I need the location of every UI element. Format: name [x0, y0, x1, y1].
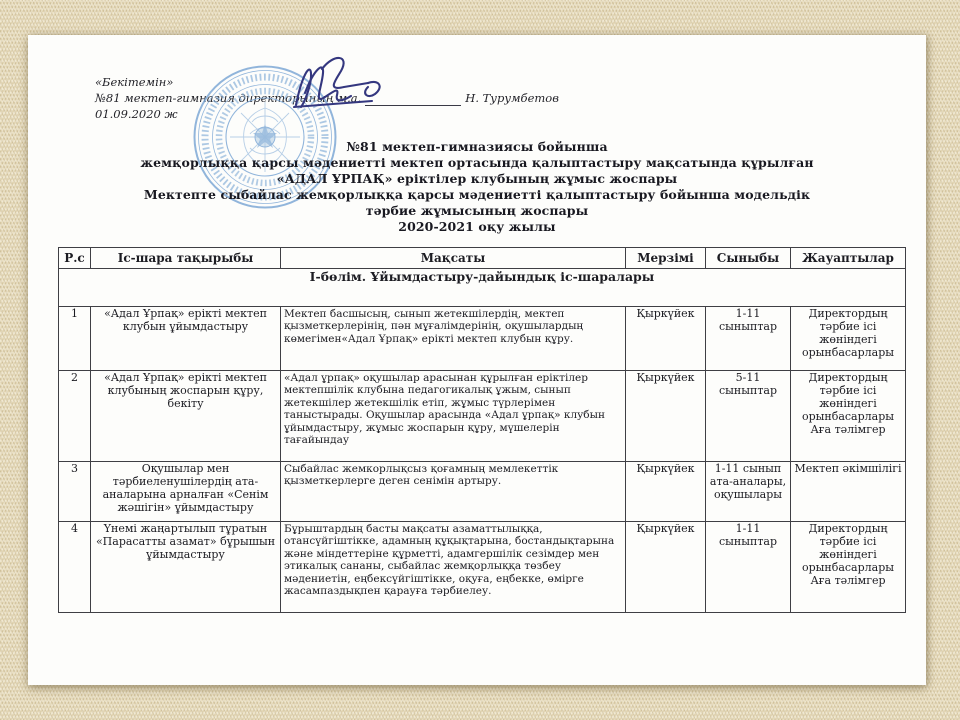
- col-header-term: Мерзімі: [626, 248, 706, 269]
- title-line-4: Мектепте сыбайлас жемқорлыққа қарсы мәде…: [28, 187, 926, 203]
- title-line-5: тәрбие жұмысының жоспары: [28, 203, 926, 219]
- plan-table: Р.с Іс-шара тақырыбы Мақсаты Мерзімі Сын…: [58, 247, 906, 613]
- row-topic: Оқушылар мен тәрбиеленушілердің ата-анал…: [91, 462, 281, 522]
- signature-icon: [280, 55, 420, 123]
- row-grade: 1-11 сынып ата-аналары, оқушылары: [706, 462, 791, 522]
- table-row: 1 «Адал Ұрпақ» ерікті мектеп клубын ұйым…: [59, 307, 906, 371]
- row-topic: «Адал Ұрпақ» ерікті мектеп клубының жосп…: [91, 371, 281, 462]
- row-number: 3: [59, 462, 91, 522]
- row-responsible: Директордың тәрбие ісі жөніндегі орынбас…: [791, 307, 906, 371]
- title-line-6: 2020-2021 оқу жылы: [28, 219, 926, 235]
- row-goal: Сыбайлас жемкорлықсыз қоғамның мемлекетт…: [281, 462, 626, 522]
- row-topic: Үнемі жаңартылып тұратын «Парасатты азам…: [91, 522, 281, 613]
- title-line-1: №81 мектеп-гимназиясы бойынша: [28, 139, 926, 155]
- table-header-row: Р.с Іс-шара тақырыбы Мақсаты Мерзімі Сын…: [59, 248, 906, 269]
- row-grade: 1-11 сыныптар: [706, 522, 791, 613]
- row-goal: Мектеп басшысың, сынып жетекшілердің, ме…: [281, 307, 626, 371]
- row-grade: 1-11 сыныптар: [706, 307, 791, 371]
- col-header-num: Р.с: [59, 248, 91, 269]
- row-goal: «Адал ұрпақ» оқушылар арасынан құрылған …: [281, 371, 626, 462]
- document-title: №81 мектеп-гимназиясы бойынша жемқорлыққ…: [28, 139, 926, 235]
- row-responsible: Директордың тәрбие ісі жөніндегі орынбас…: [791, 371, 906, 462]
- row-number: 4: [59, 522, 91, 613]
- table-row: 4 Үнемі жаңартылып тұратын «Парасатты аз…: [59, 522, 906, 613]
- approval-name: Н. Турумбетов: [465, 90, 559, 106]
- title-line-2: жемқорлыққа қарсы мәдениетті мектеп орта…: [28, 155, 926, 171]
- title-line-3: «АДАЛ ҰРПАҚ» еріктілер клубының жұмыс жо…: [28, 171, 926, 187]
- table-row: 2 «Адал Ұрпақ» ерікті мектеп клубының жо…: [59, 371, 906, 462]
- col-header-topic: Іс-шара тақырыбы: [91, 248, 281, 269]
- col-header-responsible: Жауаптылар: [791, 248, 906, 269]
- section-title: І-бөлім. Ұйымдастыру-дайындық іс-шаралар…: [59, 269, 906, 307]
- row-topic: «Адал Ұрпақ» ерікті мектеп клубын ұйымда…: [91, 307, 281, 371]
- row-number: 2: [59, 371, 91, 462]
- row-term: Қыркүйек: [626, 371, 706, 462]
- row-goal: Бұрыштардың басты мақсаты азаматтылыққа,…: [281, 522, 626, 613]
- document-page: «Бекітемін» №81 мектеп-гимназия директор…: [28, 35, 926, 685]
- row-number: 1: [59, 307, 91, 371]
- table-row: 3 Оқушылар мен тәрбиеленушілердің ата-ан…: [59, 462, 906, 522]
- section-row: І-бөлім. Ұйымдастыру-дайындық іс-шаралар…: [59, 269, 906, 307]
- col-header-goal: Мақсаты: [281, 248, 626, 269]
- row-term: Қыркүйек: [626, 307, 706, 371]
- row-grade: 5-11 сыныптар: [706, 371, 791, 462]
- row-responsible: Директордың тәрбие ісі жөніндегі орынбас…: [791, 522, 906, 613]
- col-header-grade: Сыныбы: [706, 248, 791, 269]
- row-term: Қыркүйек: [626, 462, 706, 522]
- row-responsible: Мектеп әкімшілігі: [791, 462, 906, 522]
- row-term: Қыркүйек: [626, 522, 706, 613]
- slide-background: { "document": { "approval": { "line1": "…: [0, 0, 960, 720]
